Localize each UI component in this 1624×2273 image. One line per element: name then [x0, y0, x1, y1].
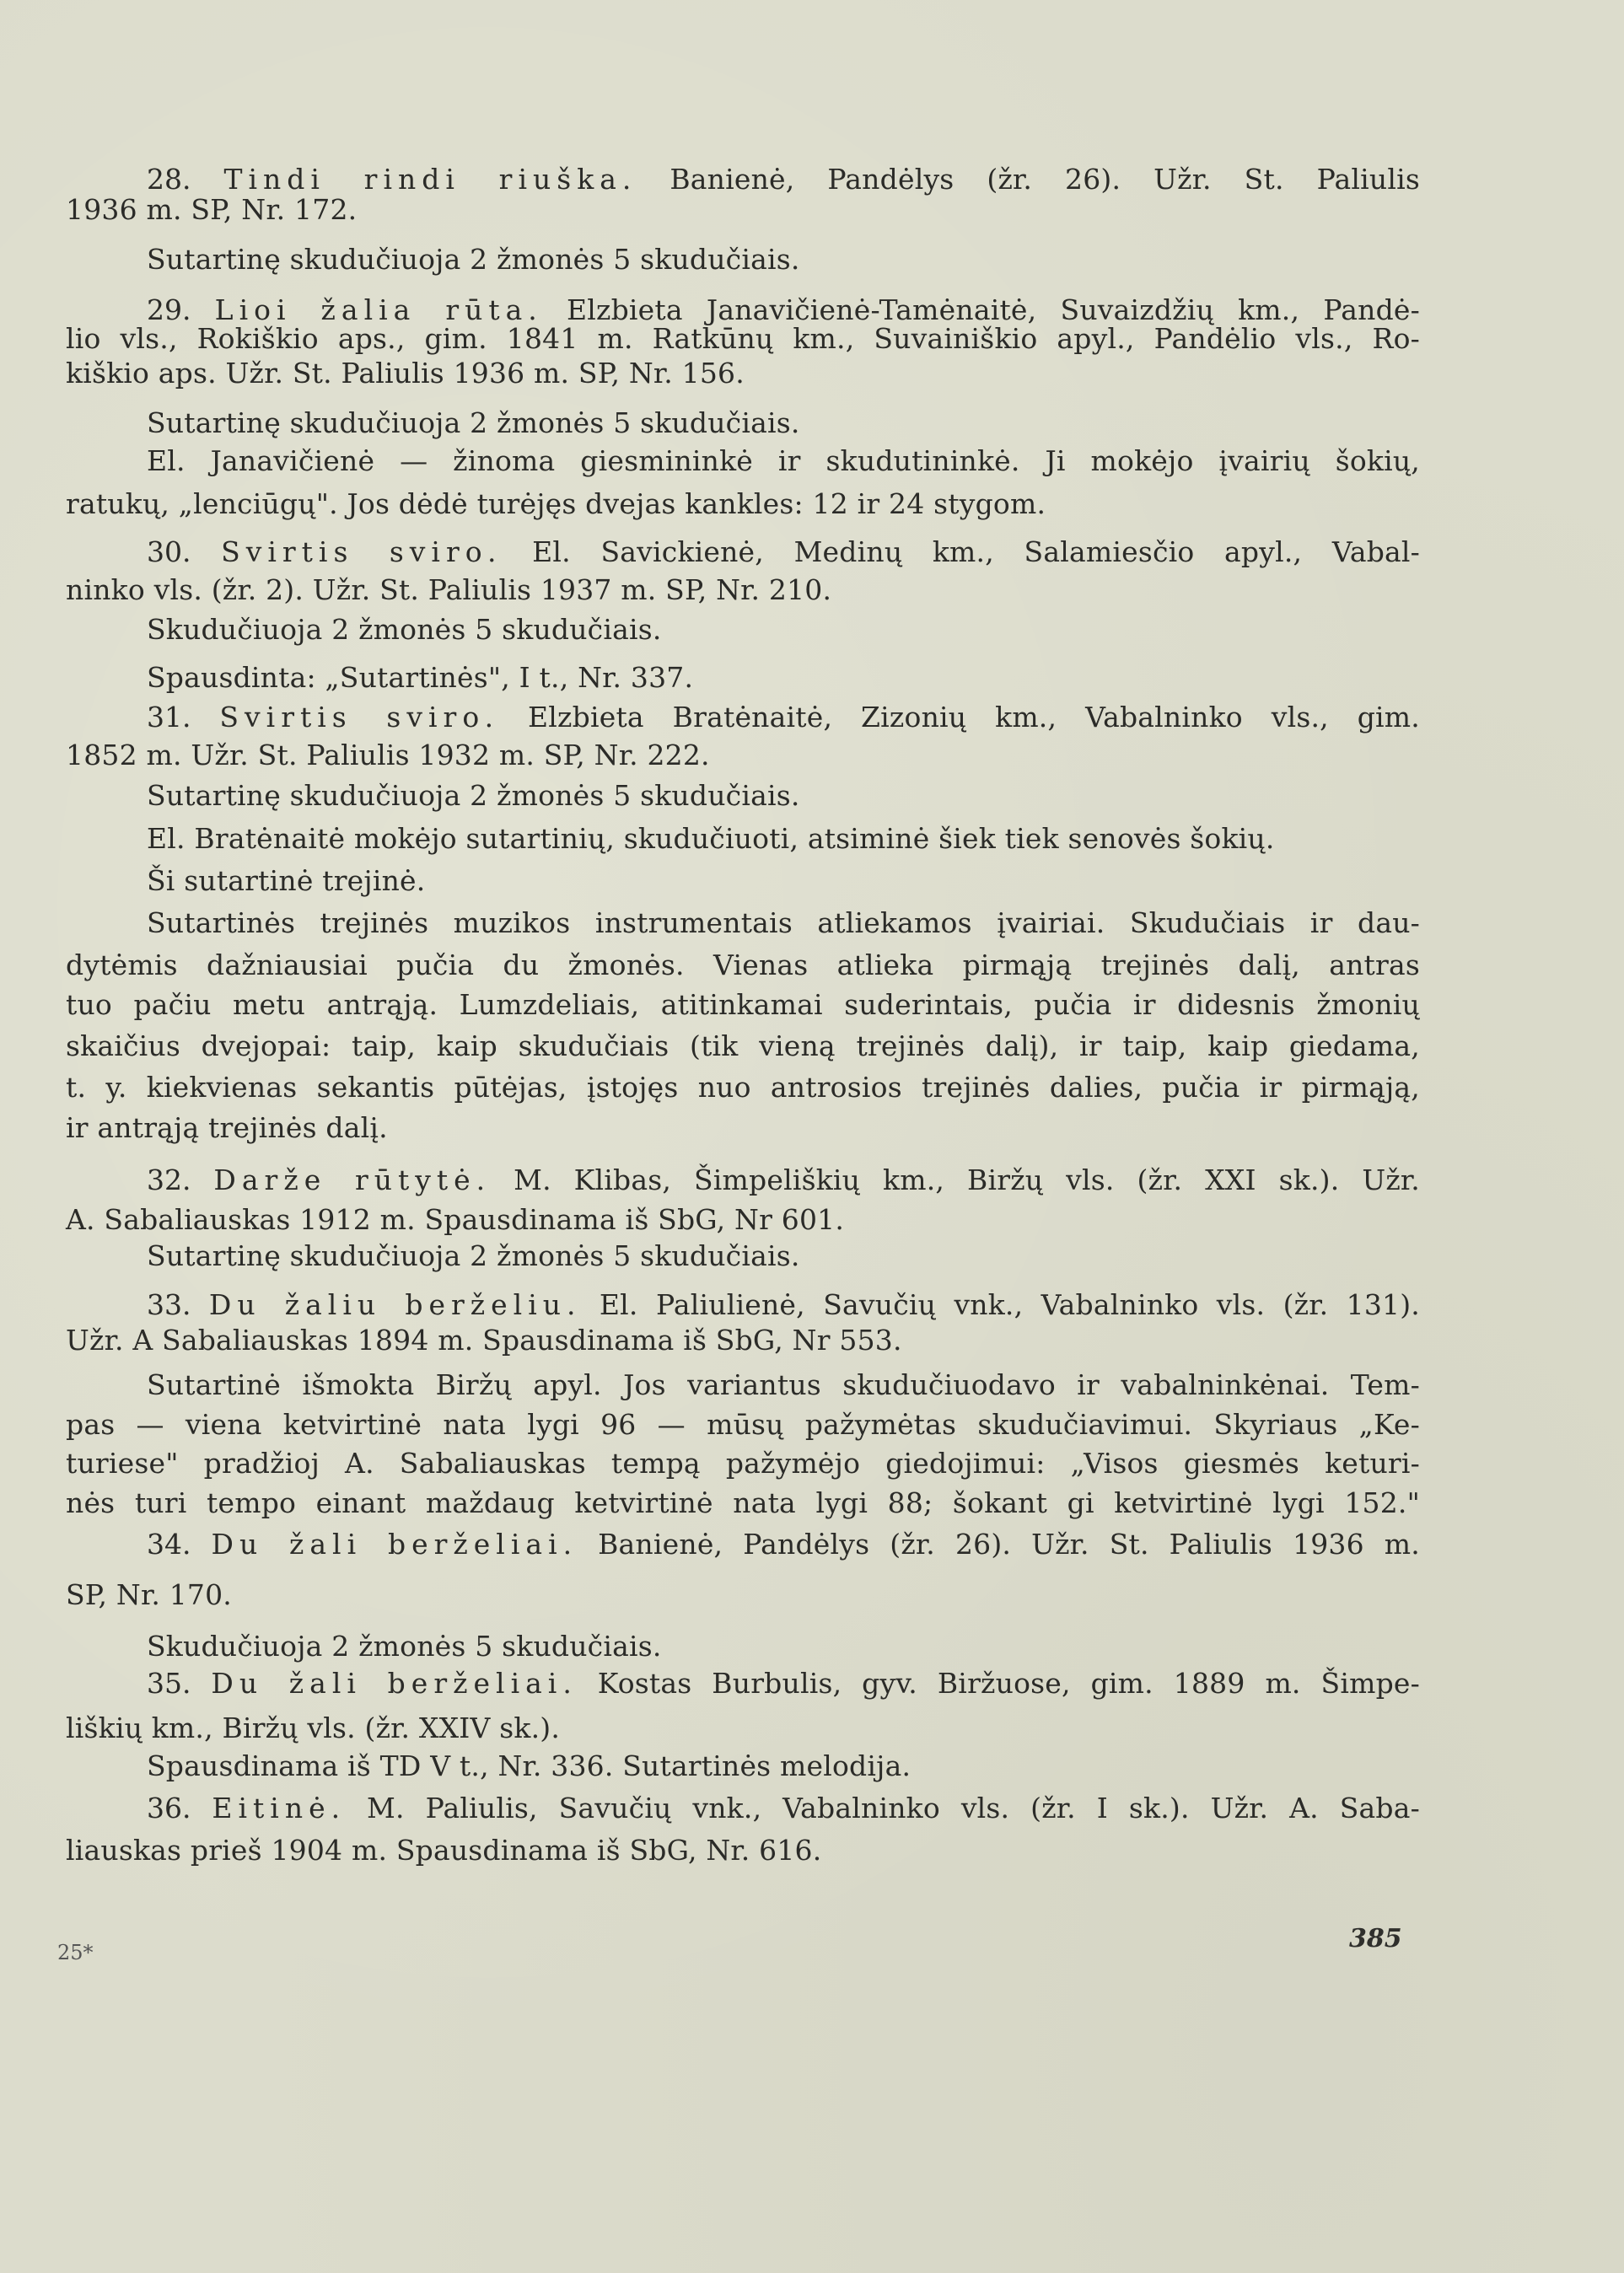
document-page: 28. Tindi rindi riuška. Banienė, Pandėly…	[0, 0, 1624, 2273]
entry-35-heading: 35. Du žali berželiai. Kostas Burbulis, …	[147, 1667, 1420, 1701]
entry-30-printed: Spausdinta: „Sutartinės", I t., Nr. 337.	[147, 661, 1420, 695]
entry-28-line-2: 1936 m. SP, Nr. 172.	[66, 193, 1420, 227]
entry-number: 30.	[147, 535, 191, 568]
entry-30-line-2: ninko vls. (žr. 2). Užr. St. Paliulis 19…	[66, 573, 1420, 607]
entry-35-note: Spausdinama iš TD V t., Nr. 336. Sutarti…	[147, 1749, 1420, 1783]
entry-36-heading: 36. Eitinė. M. Paliulis, Savučių vnk., V…	[147, 1792, 1420, 1825]
song-title: Eitinė.	[212, 1792, 346, 1824]
song-title: Du žali berželiai.	[211, 1528, 578, 1561]
song-title: Du žaliu berželiu.	[209, 1288, 582, 1321]
entry-31-note: Sutartinę skudučiuoja 2 žmonės 5 skuduči…	[147, 779, 1420, 813]
entry-28-note: Sutartinę skudučiuoja 2 žmonės 5 skuduči…	[147, 243, 1420, 277]
entry-36-line-2: liauskas prieš 1904 m. Spausdinama iš Sb…	[66, 1834, 1420, 1867]
entry-29-comment-1: El. Janavičienė — žinoma giesmininkė ir …	[147, 444, 1420, 478]
entry-number: 31.	[147, 701, 191, 733]
entry-source: Banienė, Pandėlys (žr. 26). Užr. St. Pal…	[669, 163, 1420, 196]
entry-33-paragraph-4: nės turi tempo einant maždaug ketvirtinė…	[66, 1486, 1420, 1520]
entry-31-heading: 31. Svirtis sviro. Elzbieta Bratėnaitė, …	[147, 701, 1420, 734]
entry-number: 34.	[147, 1528, 191, 1561]
paragraph-line-6: ir antrąją trejinės dalį.	[66, 1111, 1420, 1145]
signature-mark: 25*	[57, 1941, 94, 1964]
song-title: Svirtis sviro.	[221, 535, 502, 568]
entry-source: El. Paliulienė, Savučių vnk., Vabalninko…	[600, 1288, 1420, 1321]
entry-number: 32.	[147, 1163, 191, 1196]
entry-32-line-2: A. Sabaliauskas 1912 m. Spausdinama iš S…	[66, 1203, 1420, 1237]
entry-source: Kostas Burbulis, gyv. Biržuose, gim. 188…	[598, 1667, 1420, 1700]
page-number: 385	[1349, 1924, 1402, 1953]
entry-32-note: Sutartinę skudučiuoja 2 žmonės 5 skuduči…	[147, 1239, 1420, 1273]
entry-number: 36.	[147, 1792, 191, 1824]
entry-number: 35.	[147, 1667, 191, 1700]
paragraph-line-2: dytėmis dažniausiai pučia du žmonės. Vie…	[66, 948, 1420, 982]
entry-31-comment: El. Bratėnaitė mokėjo sutartinių, skuduč…	[147, 822, 1420, 856]
entry-35-line-2: liškių km., Biržų vls. (žr. XXIV sk.).	[66, 1711, 1420, 1745]
entry-34-heading: 34. Du žali berželiai. Banienė, Pandėlys…	[147, 1528, 1420, 1561]
song-title: Tindi rindi riuška.	[223, 163, 637, 196]
entry-30-note: Skudučiuoja 2 žmonės 5 skudučiais.	[147, 613, 1420, 647]
paragraph-line-3: tuo pačiu metu antrąją. Lumzdeliais, ati…	[66, 988, 1420, 1022]
entry-33-paragraph-3: turiese" pradžioj A. Sabaliauskas tempą …	[66, 1447, 1420, 1480]
entry-34-note: Skudučiuoja 2 žmonės 5 skudučiais.	[147, 1630, 1420, 1663]
entry-33-paragraph-2: pas — viena ketvirtinė nata lygi 96 — mū…	[66, 1408, 1420, 1442]
song-title: Darže rūtytė.	[213, 1163, 491, 1196]
entry-33-heading: 33. Du žaliu berželiu. El. Paliulienė, S…	[147, 1288, 1420, 1322]
entry-31-line-2: 1852 m. Užr. St. Paliulis 1932 m. SP, Nr…	[66, 739, 1420, 772]
entry-29-line-3: kiškio aps. Užr. St. Paliulis 1936 m. SP…	[66, 357, 1420, 390]
paragraph-line-5: t. y. kiekvienas sekantis pūtėjas, įstoj…	[66, 1071, 1420, 1104]
entry-source: Elzbieta Bratėnaitė, Zizonių km., Vabaln…	[528, 701, 1420, 733]
entry-33-paragraph-1: Sutartinė išmokta Biržų apyl. Jos varian…	[147, 1368, 1420, 1402]
paragraph-line-4: skaičius dvejopai: taip, kaip skudučiais…	[66, 1029, 1420, 1063]
song-title: Du žali berželiai.	[211, 1667, 577, 1700]
entry-33-line-2: Užr. A Sabaliauskas 1894 m. Spausdinama …	[66, 1324, 1420, 1357]
entry-29-line-2: lio vls., Rokiškio aps., gim. 1841 m. Ra…	[66, 322, 1420, 356]
entry-29-note: Sutartinę skudučiuoja 2 žmonės 5 skuduči…	[147, 406, 1420, 440]
paragraph-line-1: Sutartinės trejinės muzikos instrumentai…	[147, 906, 1420, 940]
entry-31-type: Ši sutartinė trejinė.	[147, 864, 1420, 898]
entry-30-heading: 30. Svirtis sviro. El. Savickienė, Medin…	[147, 535, 1420, 569]
entry-28-heading: 28. Tindi rindi riuška. Banienė, Pandėly…	[147, 163, 1420, 196]
entry-source: M. Klibas, Šimpeliškių km., Biržų vls. (…	[514, 1163, 1420, 1196]
entry-source: El. Savickienė, Medinų km., Salamiesčio …	[532, 535, 1420, 568]
entry-number: 28.	[147, 163, 191, 196]
entry-source: Banienė, Pandėlys (žr. 26). Užr. St. Pal…	[598, 1528, 1420, 1561]
entry-32-heading: 32. Darže rūtytė. M. Klibas, Šimpeliškių…	[147, 1163, 1420, 1197]
song-title: Svirtis sviro.	[219, 701, 499, 733]
entry-29-comment-2: ratukų, „lenciūgų". Jos dėdė turėjęs dve…	[66, 487, 1420, 521]
entry-number: 33.	[147, 1288, 191, 1321]
entry-34-line-2: SP, Nr. 170.	[66, 1578, 1420, 1612]
entry-source: M. Paliulis, Savučių vnk., Vabalninko vl…	[367, 1792, 1420, 1824]
